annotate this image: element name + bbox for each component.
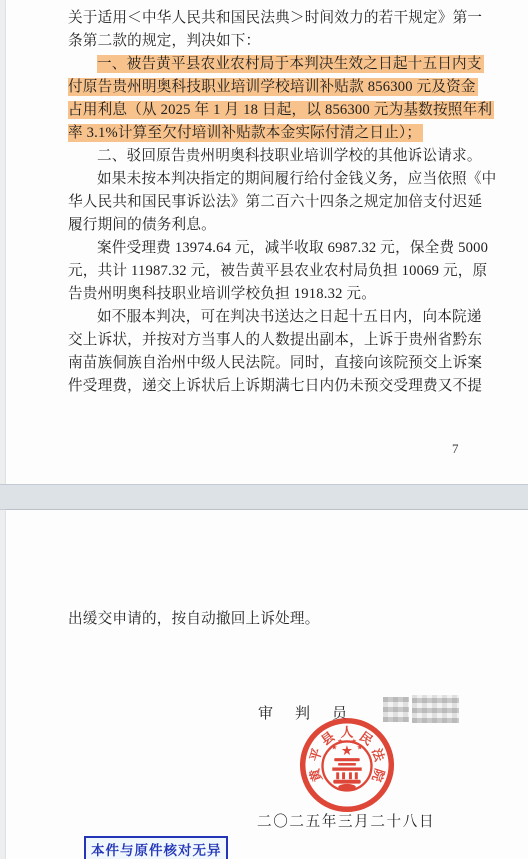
page-number: 7 bbox=[452, 441, 459, 457]
judgment-line: 华人民共和国民事诉讼法》第二百六十四条之规定加倍支付迟延 bbox=[68, 191, 482, 214]
judgment-line: 南苗族侗族自治州中级人民法院。同时，直接向该院预交上诉案 bbox=[68, 352, 482, 375]
judgment-body-text: 关于适用＜中华人民共和国民法典＞时间效力的若干规定》第一条第二款的规定，判决如下… bbox=[68, 7, 482, 398]
court-seal-icon: 黄平县人民法院 ★ ★ ★ ★ ★ bbox=[298, 716, 396, 814]
document-viewer: { "document": { "page1": { "lines": [ {"… bbox=[0, 0, 528, 859]
judgment-line: 履行期间的债务利息。 bbox=[68, 214, 482, 237]
judgment-line: 交上诉状，并按对方当事人的人数提出副本，上诉于贵州省黔东 bbox=[68, 329, 482, 352]
judgment-page-2: 出缓交申请的，按自动撤回上诉处理。 审判员 黄平县人民法院 ★ ★ ★ ★ ★ … bbox=[6, 510, 528, 859]
judgment-page-1: 关于适用＜中华人民共和国民法典＞时间效力的若干规定》第一条第二款的规定，判决如下… bbox=[6, 0, 528, 484]
judgment-line: 案件受理费 13974.64 元，减半收取 6987.32 元，保全费 5000 bbox=[68, 237, 482, 260]
judgment-line: 二、驳回原告贵州明奥科技职业培训学校的其他诉讼请求。 bbox=[68, 145, 482, 168]
judge-name-redaction bbox=[383, 697, 409, 722]
judgment-line: 率 3.1%计算至欠付培训补贴款本金实际付清之日止）； bbox=[68, 122, 482, 145]
page-divider bbox=[0, 484, 528, 510]
judgment-line: 件受理费，递交上诉状后上诉期满七日内仍未预交受理费又不提 bbox=[68, 375, 482, 398]
verification-stamp: 本件与原件核对无异 bbox=[84, 836, 228, 859]
judge-name-redaction bbox=[412, 695, 459, 723]
judgment-body-text-continued: 出缓交申请的，按自动撤回上诉处理。 bbox=[68, 607, 320, 628]
svg-text:★: ★ bbox=[357, 743, 363, 751]
svg-text:★: ★ bbox=[341, 743, 353, 758]
svg-text:★: ★ bbox=[337, 737, 343, 745]
judgment-line: 如不服本判决，可在判决书送达之日起十五日内，向本院递 bbox=[68, 306, 482, 329]
judgment-line: 条第二款的规定，判决如下： bbox=[68, 30, 482, 53]
judgment-line: 如果未按本判决指定的期间履行给付金钱义务，应当依照《中 bbox=[68, 168, 482, 191]
judgment-line: 占用利息（从 2025 年 1 月 18 日起，以 856300 元为基数按照年… bbox=[68, 99, 482, 122]
judgment-line: 关于适用＜中华人民共和国民法典＞时间效力的若干规定》第一 bbox=[68, 7, 482, 30]
judgment-line: 一、被告黄平县农业农村局于本判决生效之日起十五日内支 bbox=[68, 53, 482, 76]
judgment-line: 付原告贵州明奥科技职业培训学校培训补贴款 856300 元及资金 bbox=[68, 76, 482, 99]
judgment-line: 元，共计 11987.32 元，被告黄平县农业农村局负担 10069 元，原 bbox=[68, 260, 482, 283]
judgment-line: 告贵州明奥科技职业培训学校负担 1918.32 元。 bbox=[68, 283, 482, 306]
